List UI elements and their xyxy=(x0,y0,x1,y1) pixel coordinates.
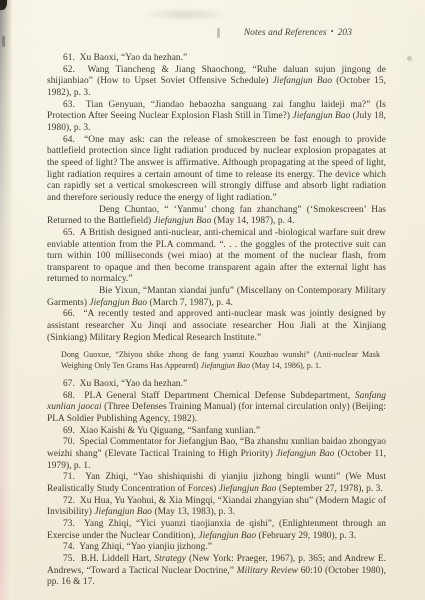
note-paragraph: 64. “One may ask: can the release of smo… xyxy=(47,135,386,205)
header-title: Notes and References xyxy=(244,28,327,38)
note-paragraph: Deng Chuntao, “ ‘Yanmu’ chong fan zhanch… xyxy=(47,205,386,228)
note-paragraph: 65. A British designed anti-nuclear, ant… xyxy=(47,228,386,286)
scanned-page: Notes and References•203 61. Xu Baoxi, “… xyxy=(0,0,425,600)
note-paragraph: 62. Wang Tiancheng & Jiang Shaochong, “R… xyxy=(47,65,386,100)
note-paragraph: 75. B.H. Liddell Hart, Strategy (New Yor… xyxy=(47,554,386,589)
note-paragraph: 67. Xu Baoxi, “Yao da hezhan.” xyxy=(47,379,386,391)
header-page-number: 203 xyxy=(338,28,352,38)
note-paragraph: 69. Xiao Kaishi & Yu Qiguang, “Sanfang x… xyxy=(47,426,386,438)
header-bullet: • xyxy=(331,27,334,36)
note-paragraph: 72. Xu Hua, Yu Yaohui, & Xia Mingqi, “Xi… xyxy=(47,496,386,519)
note-paragraph: 61. Xu Baoxi, “Yao da hezhan.” xyxy=(47,53,386,65)
note-paragraph: 66. “A recently tested and approved anti… xyxy=(47,309,386,344)
note-paragraph: 71. Yan Zhiqi, “Yao shishiquishi di yian… xyxy=(47,472,386,495)
scan-artifact-smudge xyxy=(143,8,229,21)
note-paragraph: 70. Special Commentator for Jiefangjun B… xyxy=(47,437,386,472)
note-paragraph: Dong Guoxue, “Zhiyou shike zhong de fang… xyxy=(61,350,380,371)
note-paragraph: 73. Yang Zhiqi, “Yici yuanzi tiaojianxia… xyxy=(47,519,386,542)
notes-list: 61. Xu Baoxi, “Yao da hezhan.”62. Wang T… xyxy=(47,53,386,589)
note-paragraph: 63. Tian Genyuan, “Jiandao hebaozha sang… xyxy=(47,100,386,135)
note-paragraph: 68. PLA General Staff Department Chemica… xyxy=(47,391,386,426)
note-paragraph: Bie Yixun, “Mantan xiandai junfu” (Misce… xyxy=(47,286,386,309)
page-edge-shadow xyxy=(0,0,12,600)
running-header: Notes and References•203 xyxy=(0,27,352,38)
note-paragraph: 74. Yang Zhiqi, “Yao yianjiu jizhong.” xyxy=(47,542,386,554)
scan-artifact-speck xyxy=(407,56,412,61)
